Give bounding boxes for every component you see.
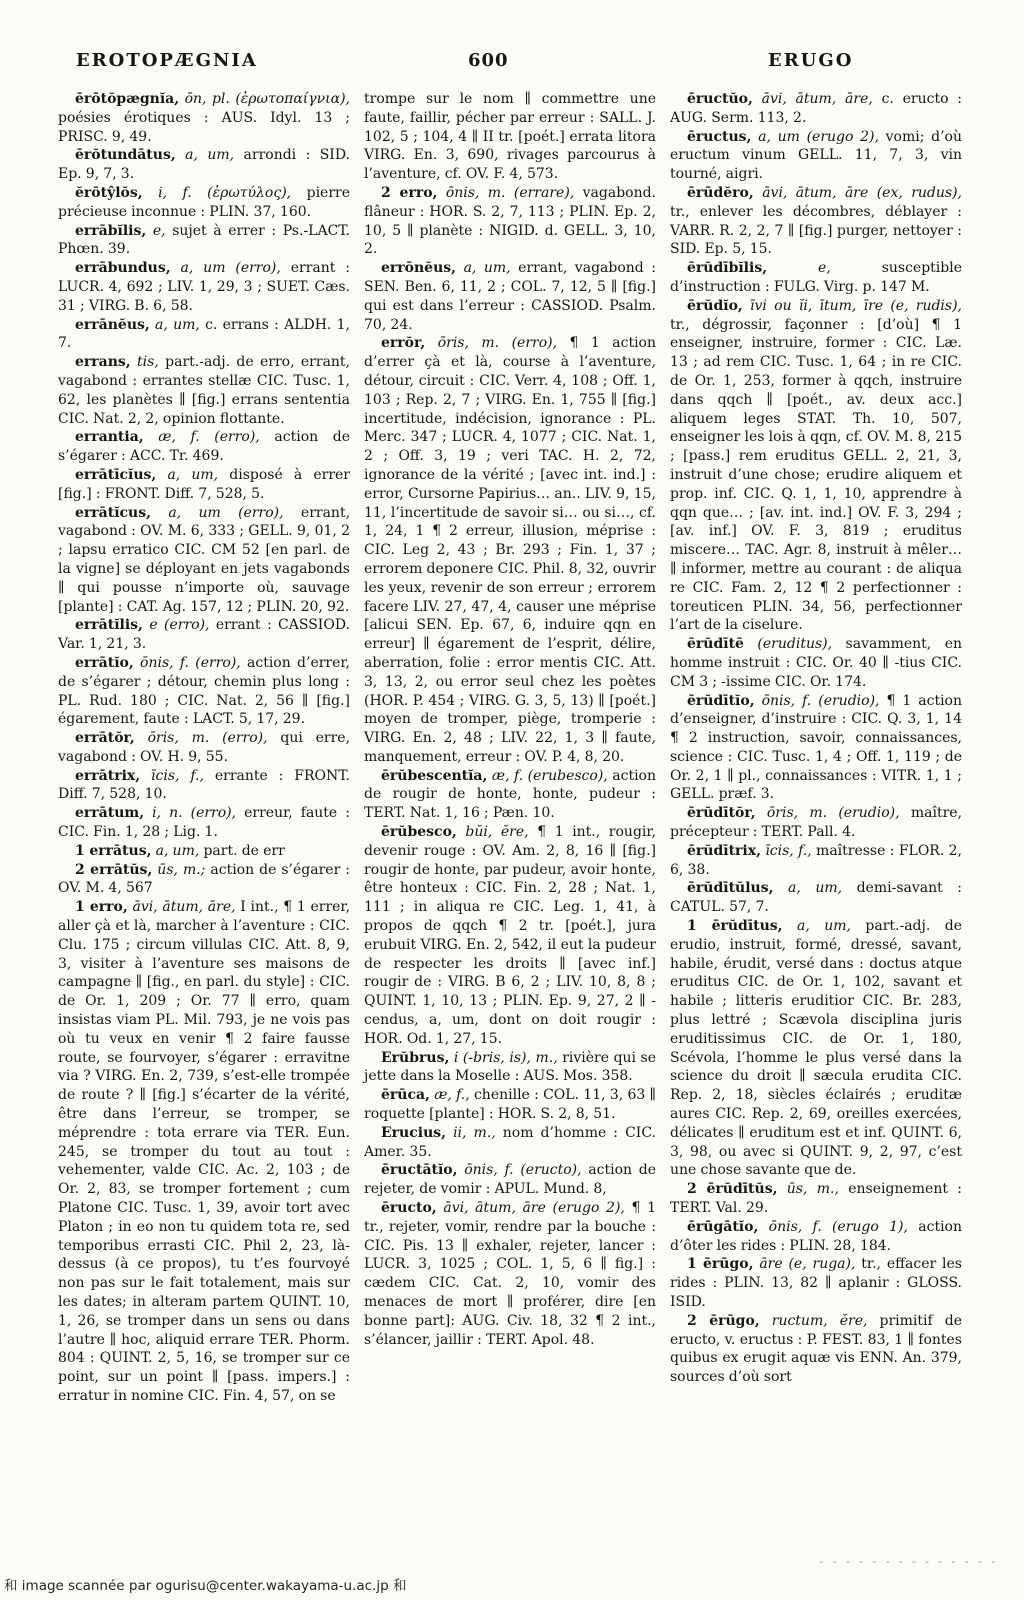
dictionary-entry: ērŏtundātus, a, um, arrondi : SID. Ep. 9… [58, 146, 350, 184]
entry-body: ¶ 1 tr., rejeter, vomir, rendre par la b… [364, 1200, 656, 1348]
entry-headword: ērŭdĭo, [687, 298, 743, 314]
entry-headword: ēructātĭo, [381, 1162, 458, 1178]
dictionary-entry: errātīcĭus, a, um, disposé à errer [fig.… [58, 466, 350, 504]
entry-grammar: æ, f. (erro), [158, 429, 259, 445]
dictionary-entry: 1 ērŭdītus, a, um, part.-adj. de erudio,… [670, 917, 962, 1180]
dictionary-entry: ērŭdītŏr, ōris, m. (erudio), maître, pré… [670, 804, 962, 842]
dictionary-entry: ērŭdītrix, īcis, f., maîtresse : FLOR. 2… [670, 842, 962, 880]
entry-grammar: īcis, f., [151, 768, 204, 784]
entry-headword: errānĕus, [75, 317, 150, 333]
entry-grammar: ōnis, f. (erro), [140, 655, 241, 671]
entry-body: I int., ¶ 1 errer, aller çà et là, march… [58, 899, 350, 1404]
entry-headword: errābundus, [75, 260, 171, 276]
entry-grammar: tis, [137, 354, 159, 370]
entry-grammar: ōnis, f. (erugo 1), [769, 1219, 908, 1235]
entry-grammar: ūs, m.; [157, 862, 205, 878]
entry-headword: errantia, [75, 429, 144, 445]
dictionary-entry: errātŏr, ōris, m. (erro), qui erre, vaga… [58, 729, 350, 767]
dictionary-entry: 2 ērūgo, ructum, ĕre, primitif de eructo… [670, 1312, 962, 1387]
entry-grammar: a, um, [185, 147, 234, 163]
entry-headword: errans, [75, 354, 131, 370]
dictionary-entry: errābĭlis, e, sujet à errer : Ps.-LACT. … [58, 222, 350, 260]
entry-grammar: ūs, m., [787, 1181, 839, 1197]
dictionary-entry: ērŭdībĭlis, e, susceptible d’instruction… [670, 259, 962, 297]
dictionary-entry: errābundus, a, um (erro), errant : LUCR.… [58, 259, 350, 315]
dictionary-entry: 1 errātus, a, um, part. de err [58, 842, 350, 861]
entry-headword: errātĭlis, [75, 617, 143, 633]
entry-grammar: a, um, [156, 843, 200, 859]
dash-marks: - - - - - - - - - - - - - - [820, 1555, 999, 1568]
entry-headword: 2 erro, [381, 185, 437, 201]
entry-grammar: æ, f., [434, 1087, 469, 1103]
text-columns: ērōtŏpægnĭa, ōn, pl. (ἐρωτοπαίγνια), poé… [0, 90, 1024, 1406]
entry-headword: Erucius, [381, 1125, 446, 1141]
entry-grammar: a, um, [167, 467, 218, 483]
entry-headword: ērōtŏpægnĭa, [75, 91, 179, 107]
dictionary-entry: Erucius, ii, m., nom d’homme : CIC. Amer… [364, 1124, 656, 1162]
entry-headword: errātĭcus, [75, 505, 151, 521]
dictionary-entry: errātĭo, ōnis, f. (erro), action d’errer… [58, 654, 350, 729]
entry-grammar: īcis, f., [765, 843, 811, 859]
entry-grammar: āvi, ātum, āre (erugo 2), [443, 1200, 625, 1216]
entry-headword: errōnĕus, [381, 260, 456, 276]
dictionary-entry: 2 erro, ōnis, m. (errare), vagabond. flâ… [364, 184, 656, 259]
dictionary-entry: trompe sur le nom ∥ commettre une faute,… [364, 90, 656, 184]
entry-grammar: a, um (erro), [181, 260, 281, 276]
dictionary-page: EROTOPÆGNIA 600 ERUGO ērōtŏpægnĭa, ōn, p… [0, 0, 1024, 1600]
page-header: EROTOPÆGNIA 600 ERUGO [0, 0, 1024, 90]
entry-headword: errātŏr, [75, 730, 135, 746]
entry-grammar: e, [818, 260, 831, 276]
dictionary-entry: errānĕus, a, um, c. errans : ALDH. 1, 7. [58, 316, 350, 354]
entry-grammar: āvi, ātum, āre, [132, 899, 235, 915]
dictionary-entry: ēructātĭo, ōnis, f. (eructo), action de … [364, 1161, 656, 1199]
entry-body: tr., dégrossir, façonner : [d’où] ¶ 1 en… [670, 317, 962, 634]
entry-headword: ērŭdītē [687, 636, 744, 652]
dictionary-entry: ērŭbesco, bŭi, ĕre, ¶ 1 int., rougir, de… [364, 823, 656, 1049]
dictionary-entry: errātum, i, n. (erro), erreur, faute : C… [58, 804, 350, 842]
running-head-left: EROTOPÆGNIA [76, 50, 258, 71]
entry-grammar: āre (e, ruga), [759, 1256, 855, 1272]
entry-grammar: e (erro), [149, 617, 209, 633]
entry-body: part. de err [203, 843, 284, 859]
entry-grammar: e, [153, 223, 166, 239]
column-2: trompe sur le nom ∥ commettre une faute,… [364, 90, 656, 1406]
entry-headword: 1 ērūgo, [687, 1256, 753, 1272]
entry-body: trompe sur le nom ∥ commettre une faute,… [364, 91, 656, 182]
entry-headword: ērūdĕro, [687, 185, 754, 201]
entry-headword: ēructo, [381, 1200, 437, 1216]
dictionary-entry: errantia, æ, f. (erro), action de s’égar… [58, 428, 350, 466]
entry-grammar: ii, m., [453, 1125, 496, 1141]
entry-grammar: i, n. (erro), [152, 805, 236, 821]
entry-grammar: ōnis, f. (erudio), [762, 693, 880, 709]
entry-headword: ērŭdītrix, [687, 843, 761, 859]
dictionary-entry: errans, tis, part.-adj. de erro, errant,… [58, 353, 350, 428]
dictionary-entry: Erŭbrus, i (-bris, is), m., rivière qui … [364, 1049, 656, 1087]
dictionary-entry: ērŭdītŭlus, a, um, demi-savant : CATUL. … [670, 879, 962, 917]
dictionary-entry: ērŭdĭo, īvi ou ĭi, ītum, īre (e, rudis),… [670, 297, 962, 635]
entry-headword: ērŭbescentĭa, [381, 768, 487, 784]
entry-headword: errātrix, [75, 768, 140, 784]
entry-headword: 1 ērŭdītus, [687, 918, 783, 934]
entry-grammar: ōn, pl. (ἐρωτοπαίγνια), [185, 91, 350, 107]
entry-grammar: (eruditus), [757, 636, 832, 652]
entry-headword: ēructus, [687, 129, 751, 145]
entry-headword: errātĭo, [75, 655, 134, 671]
dictionary-entry: 2 errātŭs, ūs, m.; action de s’égarer : … [58, 861, 350, 899]
dictionary-entry: ērŭdītĭo, ōnis, f. (erudio), ¶ 1 action … [670, 692, 962, 805]
column-1: ērōtŏpægnĭa, ōn, pl. (ἐρωτοπαίγνια), poé… [58, 90, 350, 1406]
entry-body: poésies érotiques : AUS. Idyl. 13 ; PRIS… [58, 110, 350, 145]
dictionary-entry: errātĭcus, a, um (erro), errant, vagabon… [58, 504, 350, 617]
entry-grammar: i (-bris, is), m., [454, 1050, 558, 1066]
dictionary-entry: ĕrōtŷlŏs, i, f. (ἐρωτύλος), pierre préci… [58, 184, 350, 222]
entry-grammar: ōnis, m. (errare), [446, 185, 574, 201]
entry-grammar: ōris, m. (erro), [438, 335, 557, 351]
entry-headword: ērŭdītŏr, [687, 805, 756, 821]
entry-grammar: a, um, [788, 880, 842, 896]
dictionary-entry: ērōtŏpægnĭa, ōn, pl. (ἐρωτοπαίγνια), poé… [58, 90, 350, 146]
dictionary-entry: ēructus, a, um (erugo 2), vomi; d’où eru… [670, 128, 962, 184]
entry-grammar: ōris, m. (erudio), [767, 805, 900, 821]
dictionary-entry: 1 ērūgo, āre (e, ruga), tr., effacer les… [670, 1255, 962, 1311]
entry-headword: errŏr, [381, 335, 425, 351]
entry-body: tr., enlever les décombres, déblayer : V… [670, 204, 962, 258]
page-number: 600 [468, 50, 509, 71]
entry-headword: ērŭbesco, [381, 824, 457, 840]
dictionary-entry: ērŭdītē (eruditus), savamment, en homme … [670, 635, 962, 691]
entry-headword: ēructŭo, [687, 91, 753, 107]
entry-headword: Erŭbrus, [381, 1050, 449, 1066]
entry-headword: 2 errātŭs, [75, 862, 152, 878]
entry-body: ¶ 1 action d’errer çà et là, course à l’… [364, 335, 656, 765]
dictionary-entry: errātĭlis, e (erro), errant : CASSIOD. V… [58, 616, 350, 654]
entry-grammar: a, um (erugo 2), [758, 129, 879, 145]
entry-grammar: a, um (erro), [168, 505, 283, 521]
column-3: ēructŭo, āvi, ātum, āre, c. eructo : AUG… [670, 90, 962, 1406]
entry-headword: 2 ērūgo, [687, 1313, 760, 1329]
entry-grammar: āvi, ātum, āre, [762, 91, 873, 107]
entry-body: part.-adj. de erudio, instruit, formé, d… [670, 918, 962, 1178]
dictionary-entry: 1 erro, āvi, ātum, āre, I int., ¶ 1 erre… [58, 898, 350, 1406]
entry-grammar: æ, f. (erubesco), [492, 768, 608, 784]
dictionary-entry: ēructo, āvi, ātum, āre (erugo 2), ¶ 1 tr… [364, 1199, 656, 1349]
entry-headword: ērūca, [381, 1087, 430, 1103]
entry-grammar: ōris, m. (erro), [148, 730, 268, 746]
dictionary-entry: errōnĕus, a, um, errant, vagabond : SEN.… [364, 259, 656, 334]
entry-headword: ērŭdītĭo, [687, 693, 755, 709]
dictionary-entry: errŏr, ōris, m. (erro), ¶ 1 action d’err… [364, 334, 656, 766]
entry-grammar: ōnis, f. (eructo), [464, 1162, 581, 1178]
entry-headword: ĕrōtŷlŏs, [75, 185, 143, 201]
dictionary-entry: ēructŭo, āvi, ātum, āre, c. eructo : AUG… [670, 90, 962, 128]
entry-headword: ērŭdībĭlis, [687, 260, 767, 276]
running-head-right: ERUGO [768, 50, 853, 71]
scan-credit: 和 image scannée par ogurisu@center.wakay… [4, 1574, 407, 1594]
entry-grammar: ructum, ĕre, [772, 1313, 868, 1329]
entry-headword: 1 errātus, [75, 843, 151, 859]
entry-headword: 1 erro, [75, 899, 128, 915]
entry-headword: ērŭdītŭlus, [687, 880, 773, 896]
entry-grammar: a, um, [797, 918, 851, 934]
dictionary-entry: errātrix, īcis, f., errante : FRONT. Dif… [58, 767, 350, 805]
entry-grammar: a, um, [464, 260, 511, 276]
entry-grammar: i, f. (ἐρωτύλος), [158, 185, 291, 201]
entry-headword: ērūgātĭo, [687, 1219, 758, 1235]
entry-headword: errābĭlis, [75, 223, 146, 239]
entry-grammar: bŭi, ĕre, [465, 824, 528, 840]
entry-grammar: īvi ou ĭi, ītum, īre (e, rudis), [750, 298, 962, 314]
entry-grammar: āvi, ātum, āre (ex, rudus), [762, 185, 962, 201]
entry-headword: ērŏtundātus, [75, 147, 176, 163]
entry-grammar: a, um, [155, 317, 200, 333]
dictionary-entry: ērŭbescentĭa, æ, f. (erubesco), action d… [364, 767, 656, 823]
entry-body: errant, vagabond : OV. M. 6, 333 ; GELL.… [58, 505, 350, 615]
entry-headword: 2 ērŭdītŭs, [687, 1181, 777, 1197]
entry-body: ¶ 1 int., rougir, devenir rouge : OV. Am… [364, 824, 656, 1047]
entry-headword: errātīcĭus, [75, 467, 156, 483]
dictionary-entry: ērūdĕro, āvi, ātum, āre (ex, rudus), tr.… [670, 184, 962, 259]
entry-headword: errātum, [75, 805, 144, 821]
dictionary-entry: ērūca, æ, f., chenille : COL. 11, 3, 63 … [364, 1086, 656, 1124]
dictionary-entry: ērūgātĭo, ōnis, f. (erugo 1), action d’ô… [670, 1218, 962, 1256]
dictionary-entry: 2 ērŭdītŭs, ūs, m., enseignement : TERT.… [670, 1180, 962, 1218]
